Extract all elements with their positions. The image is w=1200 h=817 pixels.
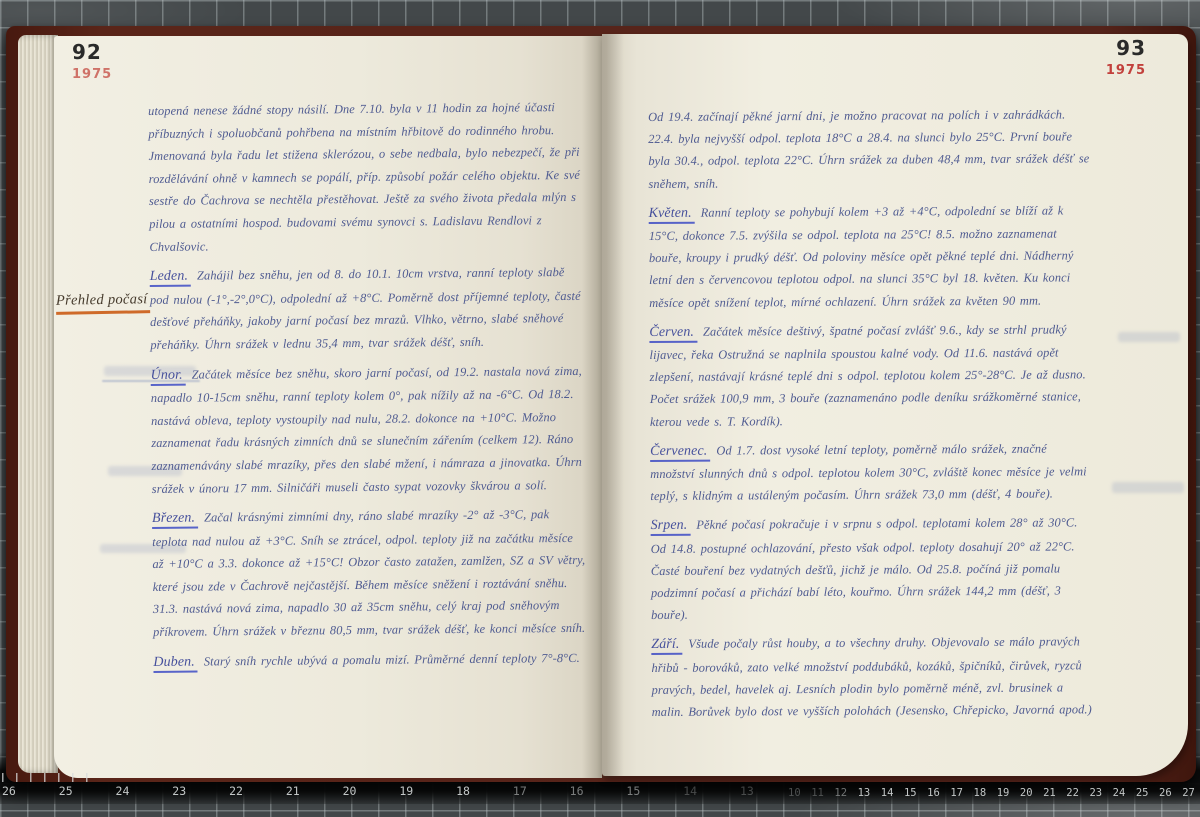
left-page-text: utopená nenese žádné stopy násilí. Dne 7… [148, 96, 587, 674]
month-heading-brezen: Březen. [152, 511, 198, 529]
year-stamp-right: 1975 [1106, 64, 1146, 77]
month-heading-leden: Leden. [150, 269, 191, 287]
chronicle-paragraph-september: Září.Všude počaly růst houby, a to všech… [651, 631, 1096, 724]
ruler-number: 26 [1159, 787, 1172, 799]
ruler-number: 27 [1182, 787, 1195, 799]
ruler-number: 17 [513, 784, 527, 798]
chronicle-photo: 92 1975 utopená nenese žádné stopy násil… [0, 0, 1200, 817]
month-heading-cerven: Červen. [649, 325, 697, 343]
page-number-92: 92 [72, 42, 112, 62]
ruler-number: 20 [343, 784, 357, 798]
ruler-number: 24 [116, 784, 130, 798]
ruler-number: 13 [858, 787, 871, 799]
month-heading-duben: Duben. [153, 654, 198, 672]
ruler-number: 14 [881, 787, 894, 799]
month-heading-zari: Září. [651, 637, 682, 655]
month-heading-cervenec: Červenec. [650, 443, 710, 461]
ruler-number: 16 [927, 787, 940, 799]
ruler-number: 20 [1020, 787, 1033, 799]
ruler-number: 14 [683, 784, 697, 798]
month-heading-srpen: Srpen. [651, 518, 691, 536]
ruler-number: 25 [59, 784, 73, 798]
chronicle-paragraph-march: Březen.Začal krásnými zimními dny, ráno … [152, 503, 587, 644]
month-text-zari: Všude počaly růst houby, a to všechny dr… [651, 635, 1091, 719]
month-heading-unor: Únor. [151, 367, 186, 385]
ruler-number: 12 [834, 787, 847, 799]
right-page: 93 1975 Od 19.4. začínají pěkné jarní dn… [602, 34, 1188, 776]
ruler-numbers-left: 26 25 24 23 22 21 20 19 18 17 16 15 14 1… [2, 784, 754, 798]
ruler-number: 15 [626, 784, 640, 798]
ink-bleed-through [1112, 482, 1184, 493]
ruler-number: 16 [570, 784, 584, 798]
ruler-number: 25 [1136, 787, 1149, 799]
ruler-tick-marks [2, 773, 88, 782]
margin-note-weather-overview: Přehled počasí [56, 291, 150, 315]
left-page: 92 1975 utopená nenese žádné stopy násil… [54, 36, 602, 778]
chronicle-paragraph-may: Květen.Ranní teploty se pohybují kolem +… [649, 199, 1094, 314]
month-text-cervenec: Od 1.7. dost vysoké letní teploty, poměr… [650, 441, 1086, 503]
ruler-number: 24 [1113, 787, 1126, 799]
month-text-srpen: Pěkné počasí pokračuje i v srpnu s odpol… [651, 516, 1078, 622]
month-text-leden: Zahájil bez sněhu, jen od 8. do 10.1. 10… [150, 265, 581, 352]
month-text-unor: Začátek měsíce bez sněhu, skoro jarní po… [151, 363, 582, 495]
ruler-number: 10 [788, 787, 801, 799]
chronicle-paragraph-february: Únor.Začátek měsíce bez sněhu, skoro jar… [151, 359, 586, 500]
page-stack-edge [18, 35, 58, 773]
chronicle-paragraph-june: Červen.Začátek měsíce deštivý, špatné po… [649, 318, 1094, 433]
ruler-number: 13 [740, 784, 754, 798]
ruler-number: 23 [1089, 787, 1102, 799]
ruler-number: 11 [811, 787, 824, 799]
ruler-number: 17 [950, 787, 963, 799]
chronicle-paragraph-january: Leden.Zahájil bez sněhu, jen od 8. do 10… [150, 261, 585, 357]
ruler-numbers-right: 10 11 12 13 14 15 16 17 18 19 20 21 22 2… [788, 787, 1195, 799]
page-number-right: 93 1975 [1106, 38, 1146, 77]
ruler-number: 26 [2, 784, 16, 798]
ruler-number: 22 [1066, 787, 1079, 799]
ruler-number: 21 [286, 784, 300, 798]
chronicle-paragraph-april: Duben.Starý sníh rychle ubývá a pomalu m… [153, 646, 587, 674]
month-text-duben: Starý sníh rychle ubývá a pomalu mizí. P… [204, 651, 580, 669]
ink-bleed-through [1118, 332, 1180, 342]
month-text-brezen: Začal krásnými zimními dny, ráno slabé m… [152, 507, 585, 639]
month-text-kveten: Ranní teploty se pohybují kolem +3 až +4… [649, 203, 1074, 309]
month-heading-kveten: Květen. [649, 206, 695, 224]
ruler-number: 23 [172, 784, 186, 798]
ruler-number: 19 [997, 787, 1010, 799]
right-page-text: Od 19.4. začínají pěkné jarní dni, je mo… [648, 103, 1096, 723]
month-text-cerven: Začátek měsíce deštivý, špatné počasí zv… [649, 322, 1085, 428]
ruler-number: 18 [456, 784, 470, 798]
page-number-left: 92 1975 [72, 42, 112, 81]
ruler-number: 19 [399, 784, 413, 798]
chronicle-paragraph-april-cont: Od 19.4. začínají pěkné jarní dni, je mo… [648, 103, 1093, 195]
ruler-number: 15 [904, 787, 917, 799]
chronicle-paragraph-funeral: utopená nenese žádné stopy násilí. Dne 7… [148, 96, 583, 258]
page-number-93: 93 [1106, 38, 1146, 58]
chronicle-paragraph-august: Srpen.Pěkné počasí pokračuje i v srpnu s… [650, 512, 1095, 627]
chronicle-book: 92 1975 utopená nenese žádné stopy násil… [6, 26, 1196, 782]
year-stamp-left: 1975 [72, 68, 112, 81]
ruler-number: 18 [974, 787, 987, 799]
ruler-number: 22 [229, 784, 243, 798]
ruler-number: 21 [1043, 787, 1056, 799]
chronicle-paragraph-july: Červenec.Od 1.7. dost vysoké letní teplo… [650, 437, 1094, 507]
